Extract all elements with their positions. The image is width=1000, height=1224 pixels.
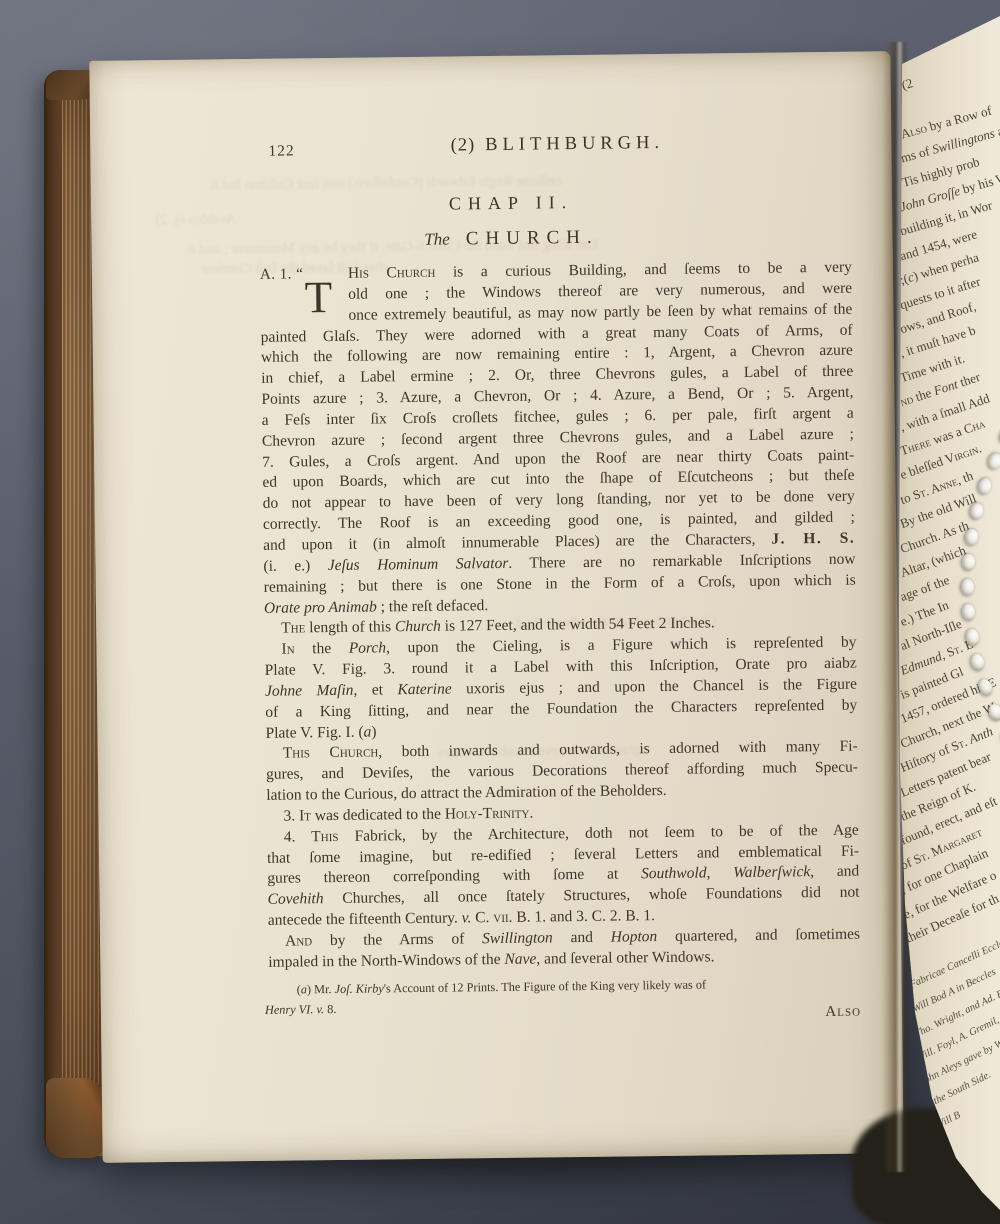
drop-cap: T	[304, 272, 332, 322]
bleed-through-text: Ead King ſhal ward the Church-Gate, if t…	[188, 237, 599, 259]
bead	[961, 579, 974, 596]
drop-cap-box: A. 1. “T	[260, 264, 349, 307]
header-signature: (2)	[451, 135, 476, 155]
bleed-through-layer: ceſſione Regis Edwardi (Confeſſoris) non…	[89, 51, 890, 61]
right-page-text-fragment: (2	[900, 75, 915, 93]
left-page: 122 (2)BLITHBURGH. CHAP II. TheCHURCH. c…	[89, 51, 903, 1163]
page-number: 122	[268, 142, 294, 160]
chapter-heading: CHAP II.	[311, 190, 711, 216]
spine-cap-bottom	[46, 1078, 108, 1158]
body-text: A. 1. “T His Church is a curious Buildin…	[260, 258, 861, 974]
right-page-text-fragment: Fabricae Cancelli Eccleſi	[908, 935, 1000, 991]
running-header: (2)BLITHBURGH.	[357, 132, 757, 158]
bleed-through-text: ceſſione Regis Edwardi (Confeſſoris) non…	[211, 173, 562, 194]
bleed-through-text: Avaldus ej. 2)	[155, 211, 236, 229]
book-photo-scene: 122 (2)BLITHBURGH. CHAP II. TheCHURCH. c…	[0, 0, 1000, 1224]
paragraph-marker: A. 1. “	[260, 266, 304, 283]
catchword: Also	[661, 1004, 861, 1023]
header-title: BLITHBURGH.	[485, 133, 664, 155]
